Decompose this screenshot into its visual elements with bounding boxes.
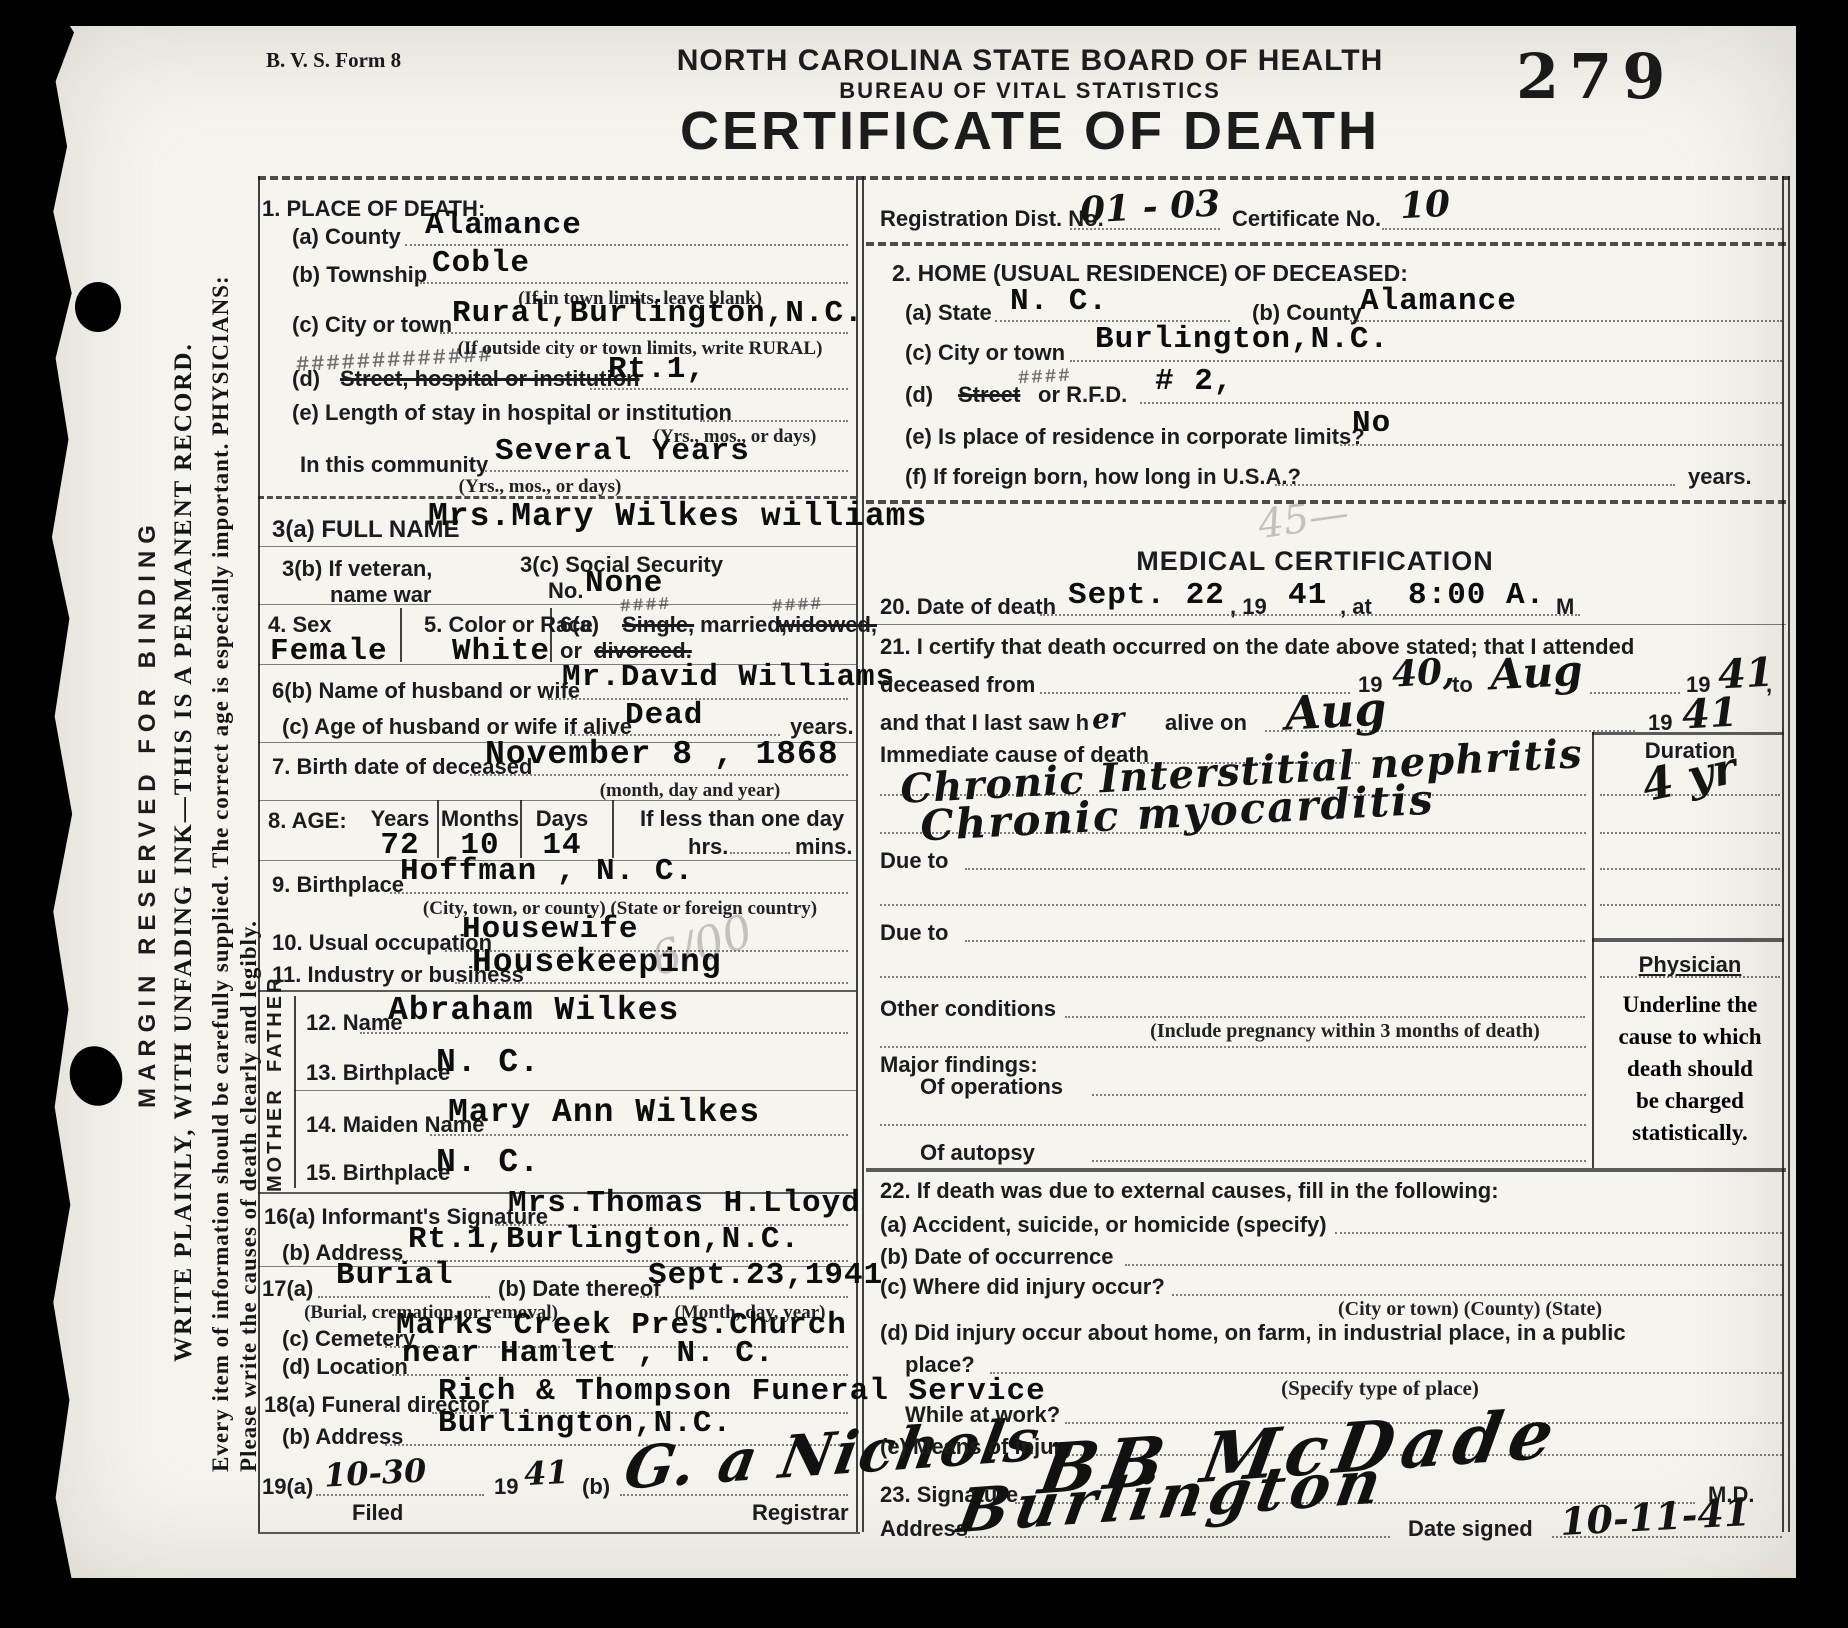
row-separator bbox=[294, 1090, 856, 1091]
physician-note-2: cause to which bbox=[1598, 1024, 1782, 1050]
birthplace-label: 9. Birthplace bbox=[272, 872, 404, 898]
dotted-line bbox=[1552, 1536, 1782, 1538]
home-foreign-label: (f) If foreign born, how long in U.S.A.? bbox=[905, 464, 1301, 490]
full-name-value: Mrs.Mary Wilkes williams bbox=[428, 498, 927, 535]
stay-label: (e) Length of stay in hospital or instit… bbox=[292, 400, 732, 426]
home-city-label: (c) City or town bbox=[905, 340, 1065, 366]
home-county-value: Alamance bbox=[1360, 284, 1517, 319]
cemetery-location-label: (d) Location bbox=[282, 1354, 408, 1380]
due-to-2-label: Due to bbox=[880, 920, 948, 946]
dotted-line bbox=[1600, 794, 1780, 796]
dotted-line bbox=[1350, 320, 1782, 322]
dotted-line bbox=[880, 1124, 1586, 1126]
margin-permanent-text: WRITE PLAINLY, WITH UNFADING INK—THIS IS… bbox=[170, 342, 198, 1362]
form-left-border bbox=[258, 176, 260, 1532]
place-street-value: Rt.1, bbox=[608, 352, 706, 387]
birthplace-value: Hoffman , N. C. bbox=[400, 854, 694, 889]
cell-divider bbox=[437, 800, 439, 858]
dotted-line bbox=[1070, 360, 1782, 362]
dod-pre: , 19 bbox=[1230, 594, 1267, 620]
dotted-line bbox=[1340, 444, 1782, 446]
mother-side-label: MOTHER bbox=[264, 1087, 287, 1192]
dotted-line bbox=[470, 774, 848, 776]
age-mins-label: mins. bbox=[795, 834, 852, 860]
dotted-line bbox=[700, 420, 848, 422]
mother-name-value: Mary Ann Wilkes bbox=[448, 1094, 760, 1131]
last-saw-label: and that I last saw h bbox=[880, 710, 1089, 736]
comma: , bbox=[1766, 672, 1772, 698]
dotted-line bbox=[1092, 1094, 1586, 1096]
external-a-label: (a) Accident, suicide, or homicide (spec… bbox=[880, 1212, 1327, 1238]
physician-note-3: death should bbox=[1598, 1056, 1782, 1082]
dotted-line bbox=[360, 1032, 848, 1034]
dotted-line bbox=[1600, 832, 1780, 834]
filed-year-pre: 19 bbox=[494, 1474, 518, 1500]
home-corporate-label: (e) Is place of residence in corporate l… bbox=[905, 424, 1365, 450]
disposition-date-value: Sept.23,1941 bbox=[648, 1258, 883, 1293]
husband-label: 6(b) Name of husband or wife bbox=[272, 678, 580, 704]
other-conditions-label: Other conditions bbox=[880, 996, 1056, 1022]
dotted-line bbox=[318, 1296, 490, 1298]
dotted-line bbox=[1600, 904, 1780, 906]
filed-date-hand: 10-30 bbox=[323, 1451, 427, 1494]
filed-year-hand: 41 bbox=[523, 1453, 569, 1493]
board-title: NORTH CAROLINA STATE BOARD OF HEALTH bbox=[620, 44, 1440, 78]
dotted-line bbox=[1040, 614, 1580, 616]
dod-time: 8:00 A. bbox=[1408, 578, 1545, 613]
dotted-line bbox=[640, 1296, 848, 1298]
sidebar-divider bbox=[1592, 732, 1594, 1168]
cemetery-location-value: near Hamlet , N. C. bbox=[402, 1336, 774, 1371]
dotted-line bbox=[620, 1494, 848, 1496]
stamp-number: 279 bbox=[1516, 40, 1675, 113]
cell-divider bbox=[400, 608, 402, 662]
home-state-value: N. C. bbox=[1010, 284, 1108, 319]
dotted-line bbox=[1600, 868, 1780, 870]
dotted-line bbox=[316, 1494, 484, 1496]
dotted-line bbox=[1590, 692, 1680, 694]
spouse-age-value: Dead bbox=[625, 698, 703, 733]
physician-note-5: statistically. bbox=[1598, 1120, 1782, 1146]
dotted-line bbox=[440, 332, 848, 334]
place-city-value: Rural,Burlington,N.C. bbox=[452, 296, 864, 331]
pregnancy-note: (Include pregnancy within 3 months of de… bbox=[1100, 1020, 1590, 1043]
alive-on-label: alive on bbox=[1165, 710, 1247, 736]
scanned-death-certificate: MARGIN RESERVED FOR BINDING WRITE PLAINL… bbox=[0, 0, 1848, 1628]
dotted-line bbox=[990, 1372, 1782, 1374]
home-heading: 2. HOME (USUAL RESIDENCE) OF DECEASED: bbox=[892, 260, 1408, 287]
place-county-label: (a) County bbox=[292, 224, 401, 250]
father-name-value: Abraham Wilkes bbox=[388, 992, 679, 1029]
row-separator bbox=[258, 546, 856, 547]
form-bottom-line bbox=[258, 1532, 860, 1534]
physician-box-top bbox=[1592, 938, 1784, 942]
dotted-line bbox=[1125, 1264, 1782, 1266]
dod-month-day: Sept. 22 bbox=[1068, 578, 1225, 613]
home-rfd-label: or R.F.D. bbox=[1038, 382, 1127, 408]
header-separator bbox=[258, 176, 1790, 180]
external-c-label: (c) Where did injury occur? bbox=[880, 1274, 1165, 1300]
birthdate-value: November 8 , 1868 bbox=[485, 736, 839, 773]
dotted-line bbox=[420, 282, 848, 284]
external-d-label: (d) Did injury occur about home, on farm… bbox=[880, 1320, 1626, 1346]
from-year-hand: 40, bbox=[1391, 650, 1456, 695]
dotted-line bbox=[880, 1046, 1586, 1048]
row-separator bbox=[258, 800, 856, 801]
external-c-note: (City or town) (County) (State) bbox=[1190, 1298, 1750, 1321]
form-number: B. V. S. Form 8 bbox=[266, 48, 401, 73]
dotted-line bbox=[455, 982, 848, 984]
birthdate-note: (month, day and year) bbox=[560, 780, 820, 802]
medical-heading: MEDICAL CERTIFICATION bbox=[1035, 546, 1595, 577]
marital-married: married, bbox=[700, 612, 787, 638]
dotted-line bbox=[1092, 1160, 1586, 1162]
occupation-value: Housewife bbox=[462, 912, 638, 947]
cell-divider bbox=[612, 800, 614, 858]
director-addr-label: (b) Address bbox=[282, 1424, 403, 1450]
age-hrs-label: hrs. bbox=[688, 834, 728, 860]
dotted-line bbox=[965, 940, 1585, 942]
physician-note-4: be charged bbox=[1598, 1088, 1782, 1114]
dod-at: , at bbox=[1340, 594, 1372, 620]
father-side-label: FATHER bbox=[264, 975, 287, 1072]
dod-year: 41 bbox=[1288, 578, 1327, 613]
cell-divider bbox=[550, 608, 552, 662]
cert-no-value: 10 bbox=[1399, 183, 1451, 228]
section-separator bbox=[866, 1168, 1786, 1172]
certificate-title: CERTIFICATE OF DEATH bbox=[620, 100, 1440, 162]
saw-year-hand: 41 bbox=[1681, 689, 1739, 739]
dotted-line bbox=[880, 976, 1586, 978]
form-right-border bbox=[1782, 176, 1790, 1532]
age-less-label: If less than one day bbox=[640, 806, 844, 832]
row-separator bbox=[258, 604, 856, 605]
ssn-no-label: No. bbox=[548, 578, 583, 604]
dotted-line bbox=[880, 904, 1586, 906]
attended-from-label: deceased from bbox=[880, 672, 1035, 698]
dotted-line bbox=[1382, 228, 1782, 230]
dotted-line bbox=[390, 892, 848, 894]
husband-value: Mr.David Williams bbox=[562, 660, 895, 695]
place-township-value: Coble bbox=[432, 246, 530, 281]
row-separator-heavy bbox=[866, 242, 1786, 246]
place-township-label: (b) Township bbox=[292, 262, 427, 288]
dotted-line bbox=[1275, 484, 1675, 486]
column-divider bbox=[856, 176, 864, 1532]
last-saw-er-hand: er bbox=[1091, 701, 1125, 736]
dotted-line bbox=[590, 388, 848, 390]
of-operations-label: Of operations bbox=[920, 1074, 1063, 1100]
home-street-word: Street bbox=[958, 382, 1020, 408]
cell-divider bbox=[520, 800, 522, 858]
duration-box-top bbox=[1592, 732, 1784, 735]
marital-widowed: widowed, bbox=[778, 612, 877, 638]
external-b-label: (b) Date of occurrence bbox=[880, 1244, 1114, 1270]
reg-dist-value: 01 - 03 bbox=[1079, 182, 1221, 231]
registrar-b-label: (b) bbox=[582, 1474, 610, 1500]
community-value: Several Years bbox=[495, 434, 750, 469]
occupation-label: 10. Usual occupation bbox=[272, 930, 492, 956]
disposition-value: Burial bbox=[336, 1258, 454, 1293]
margin-supplied-text: Every item of information should be care… bbox=[208, 275, 234, 1472]
filed-caption: Filed bbox=[352, 1500, 403, 1526]
informant-addr-value: Rt.1,Burlington,N.C. bbox=[408, 1222, 800, 1257]
dod-label: 20. Date of death bbox=[880, 594, 1056, 620]
of-autopsy-label: Of autopsy bbox=[920, 1140, 1035, 1166]
dotted-line bbox=[880, 832, 1586, 834]
marital-label: 6(a) bbox=[560, 612, 599, 638]
dotted-line bbox=[485, 470, 848, 472]
dotted-line bbox=[965, 868, 1585, 870]
external-d-label2: place? bbox=[905, 1352, 975, 1378]
home-corporate-value: No bbox=[1352, 406, 1391, 441]
due-to-1-label: Due to bbox=[880, 848, 948, 874]
home-state-label: (a) State bbox=[905, 300, 992, 326]
place-street-prefix: (d) bbox=[292, 366, 320, 392]
margin-binding-text: MARGIN RESERVED FOR BINDING bbox=[134, 518, 162, 1108]
father-birthplace-value: N. C. bbox=[436, 1044, 540, 1081]
dotted-line bbox=[965, 1536, 1390, 1538]
registrar-caption: Registrar bbox=[752, 1500, 849, 1526]
cert-no-label: Certificate No. bbox=[1232, 206, 1381, 232]
dotted-line bbox=[1065, 1016, 1585, 1018]
disposition-date-label: (b) Date thereof bbox=[498, 1276, 661, 1302]
marital-single: Single, bbox=[622, 612, 694, 638]
external-heading: 22. If death was due to external causes,… bbox=[880, 1178, 1499, 1204]
binding-hole-top bbox=[75, 282, 121, 332]
informant-sig-value: Mrs.Thomas H.Lloyd bbox=[508, 1186, 861, 1221]
dotted-line bbox=[730, 852, 790, 854]
physician-heading: Physician bbox=[1600, 952, 1780, 978]
home-street-prefix: (d) bbox=[905, 382, 933, 408]
physician-note-1: Underline the bbox=[1598, 992, 1782, 1018]
dotted-line bbox=[430, 1134, 848, 1136]
father-birthplace-label: 13. Birthplace bbox=[306, 1060, 450, 1086]
home-foreign-suffix: years. bbox=[1688, 464, 1752, 490]
to-month-hand: Aug bbox=[1489, 646, 1584, 700]
community-label: In this community bbox=[300, 452, 488, 478]
veteran-label: 3(b) If veteran, bbox=[282, 556, 432, 582]
dotted-line bbox=[1140, 402, 1782, 404]
place-city-label: (c) City or town bbox=[292, 312, 452, 338]
dotted-line bbox=[1070, 228, 1220, 230]
community-note: (Yrs., mos., or days) bbox=[400, 476, 680, 498]
disposition-label: 17(a) bbox=[262, 1276, 313, 1302]
mother-birthplace-value: N. C. bbox=[436, 1144, 540, 1181]
filed-label: 19(a) bbox=[262, 1474, 313, 1500]
home-rfd-value: # 2, bbox=[1155, 364, 1233, 399]
date-signed-label: Date signed bbox=[1408, 1516, 1533, 1542]
parents-divider bbox=[294, 996, 296, 1188]
home-city-value: Burlington,N.C. bbox=[1095, 322, 1389, 357]
row-separator bbox=[866, 624, 1786, 625]
mother-birthplace-label: 15. Birthplace bbox=[306, 1160, 450, 1186]
age-label: 8. AGE: bbox=[268, 808, 347, 834]
dod-m: M bbox=[1556, 594, 1574, 620]
to-label: to bbox=[1452, 672, 1473, 698]
place-county-value: Alamance bbox=[425, 208, 582, 243]
dotted-line bbox=[1172, 1294, 1782, 1296]
dotted-line bbox=[1335, 1232, 1782, 1234]
while-at-work-label: While at work? bbox=[905, 1402, 1060, 1428]
